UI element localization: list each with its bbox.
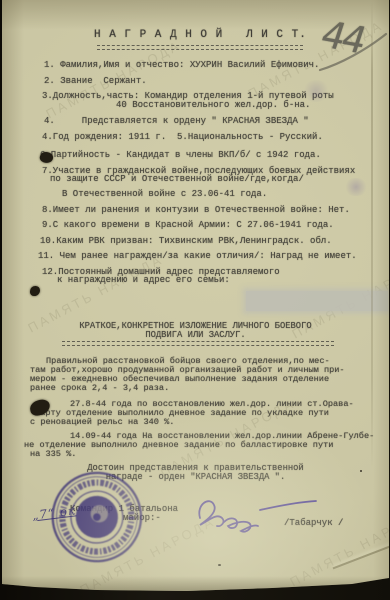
field-name: 1. Фамилия,Имя и отчество: ХУХРИН Васили… [44,61,319,70]
paper-sheet: ПАМЯТЬ НАРОДА ПАМЯТЬ НАРОДА ПАМЯТЬ НАРОД… [2,0,389,596]
field-army-since: 9.С какого времени в Красной Армии: С 27… [42,221,334,230]
body-line: на 335 %. [30,450,76,459]
paper-speck [218,564,221,566]
title-underline [97,45,303,46]
redaction-patch [246,291,388,311]
fold-crease [333,537,390,569]
field-rank: 2. Звание Сержант. [44,77,147,86]
field-home-address-2: к награждению и адрес его семьи: [57,276,230,285]
section-underline [62,345,334,346]
field-award: 4. Представляется к ордену " КРАСНАЯ ЗВЕ… [44,117,309,126]
field-war-participation-2: по защите СССР и Отечественной войне/где… [50,175,304,184]
field-birth-nationality: 4.Год рождения: 1911 г. 5.Национальность… [42,133,323,142]
scanned-award-sheet: ПАМЯТЬ НАРОДА ПАМЯТЬ НАРОДА ПАМЯТЬ НАРОД… [0,0,390,600]
document-title: Н А Г Р А Д Н О Й Л И С Т. [94,30,307,41]
body-line: ранее срока 2,4 - 3,4 раза. [30,384,169,393]
punch-hole [30,286,40,296]
field-position-2: 40 Восстановительного жел.дор. б-на. [116,101,310,110]
round-stamp [42,464,152,573]
section-heading-line2: ПОДВИГА ИЛИ ЗАСЛУГ. [2,331,389,340]
section-underline [62,341,334,342]
pencil-stroke [314,26,390,74]
paper-speck [360,470,362,472]
fold-crease [371,0,373,470]
field-recruited-by: 10.Каким РВК призван: Тихвинским РВК,Лен… [40,237,332,246]
field-prior-awards: 11. Чем ранее награжден/за какие отличия… [38,252,357,261]
field-party: 6.Партийность - Кандидат в члены ВКП/б/ … [40,151,321,160]
handwritten-signature [194,494,324,538]
field-war-since: В Отечественной войне с 23.06-41 года. [62,190,267,199]
body-line: с реновацией рельс на 340 %. [30,418,174,427]
title-underline [97,49,303,50]
field-wounds: 8.Имеет ли ранения и контузии в Отечеств… [42,206,350,215]
ink-smudge [344,178,368,196]
